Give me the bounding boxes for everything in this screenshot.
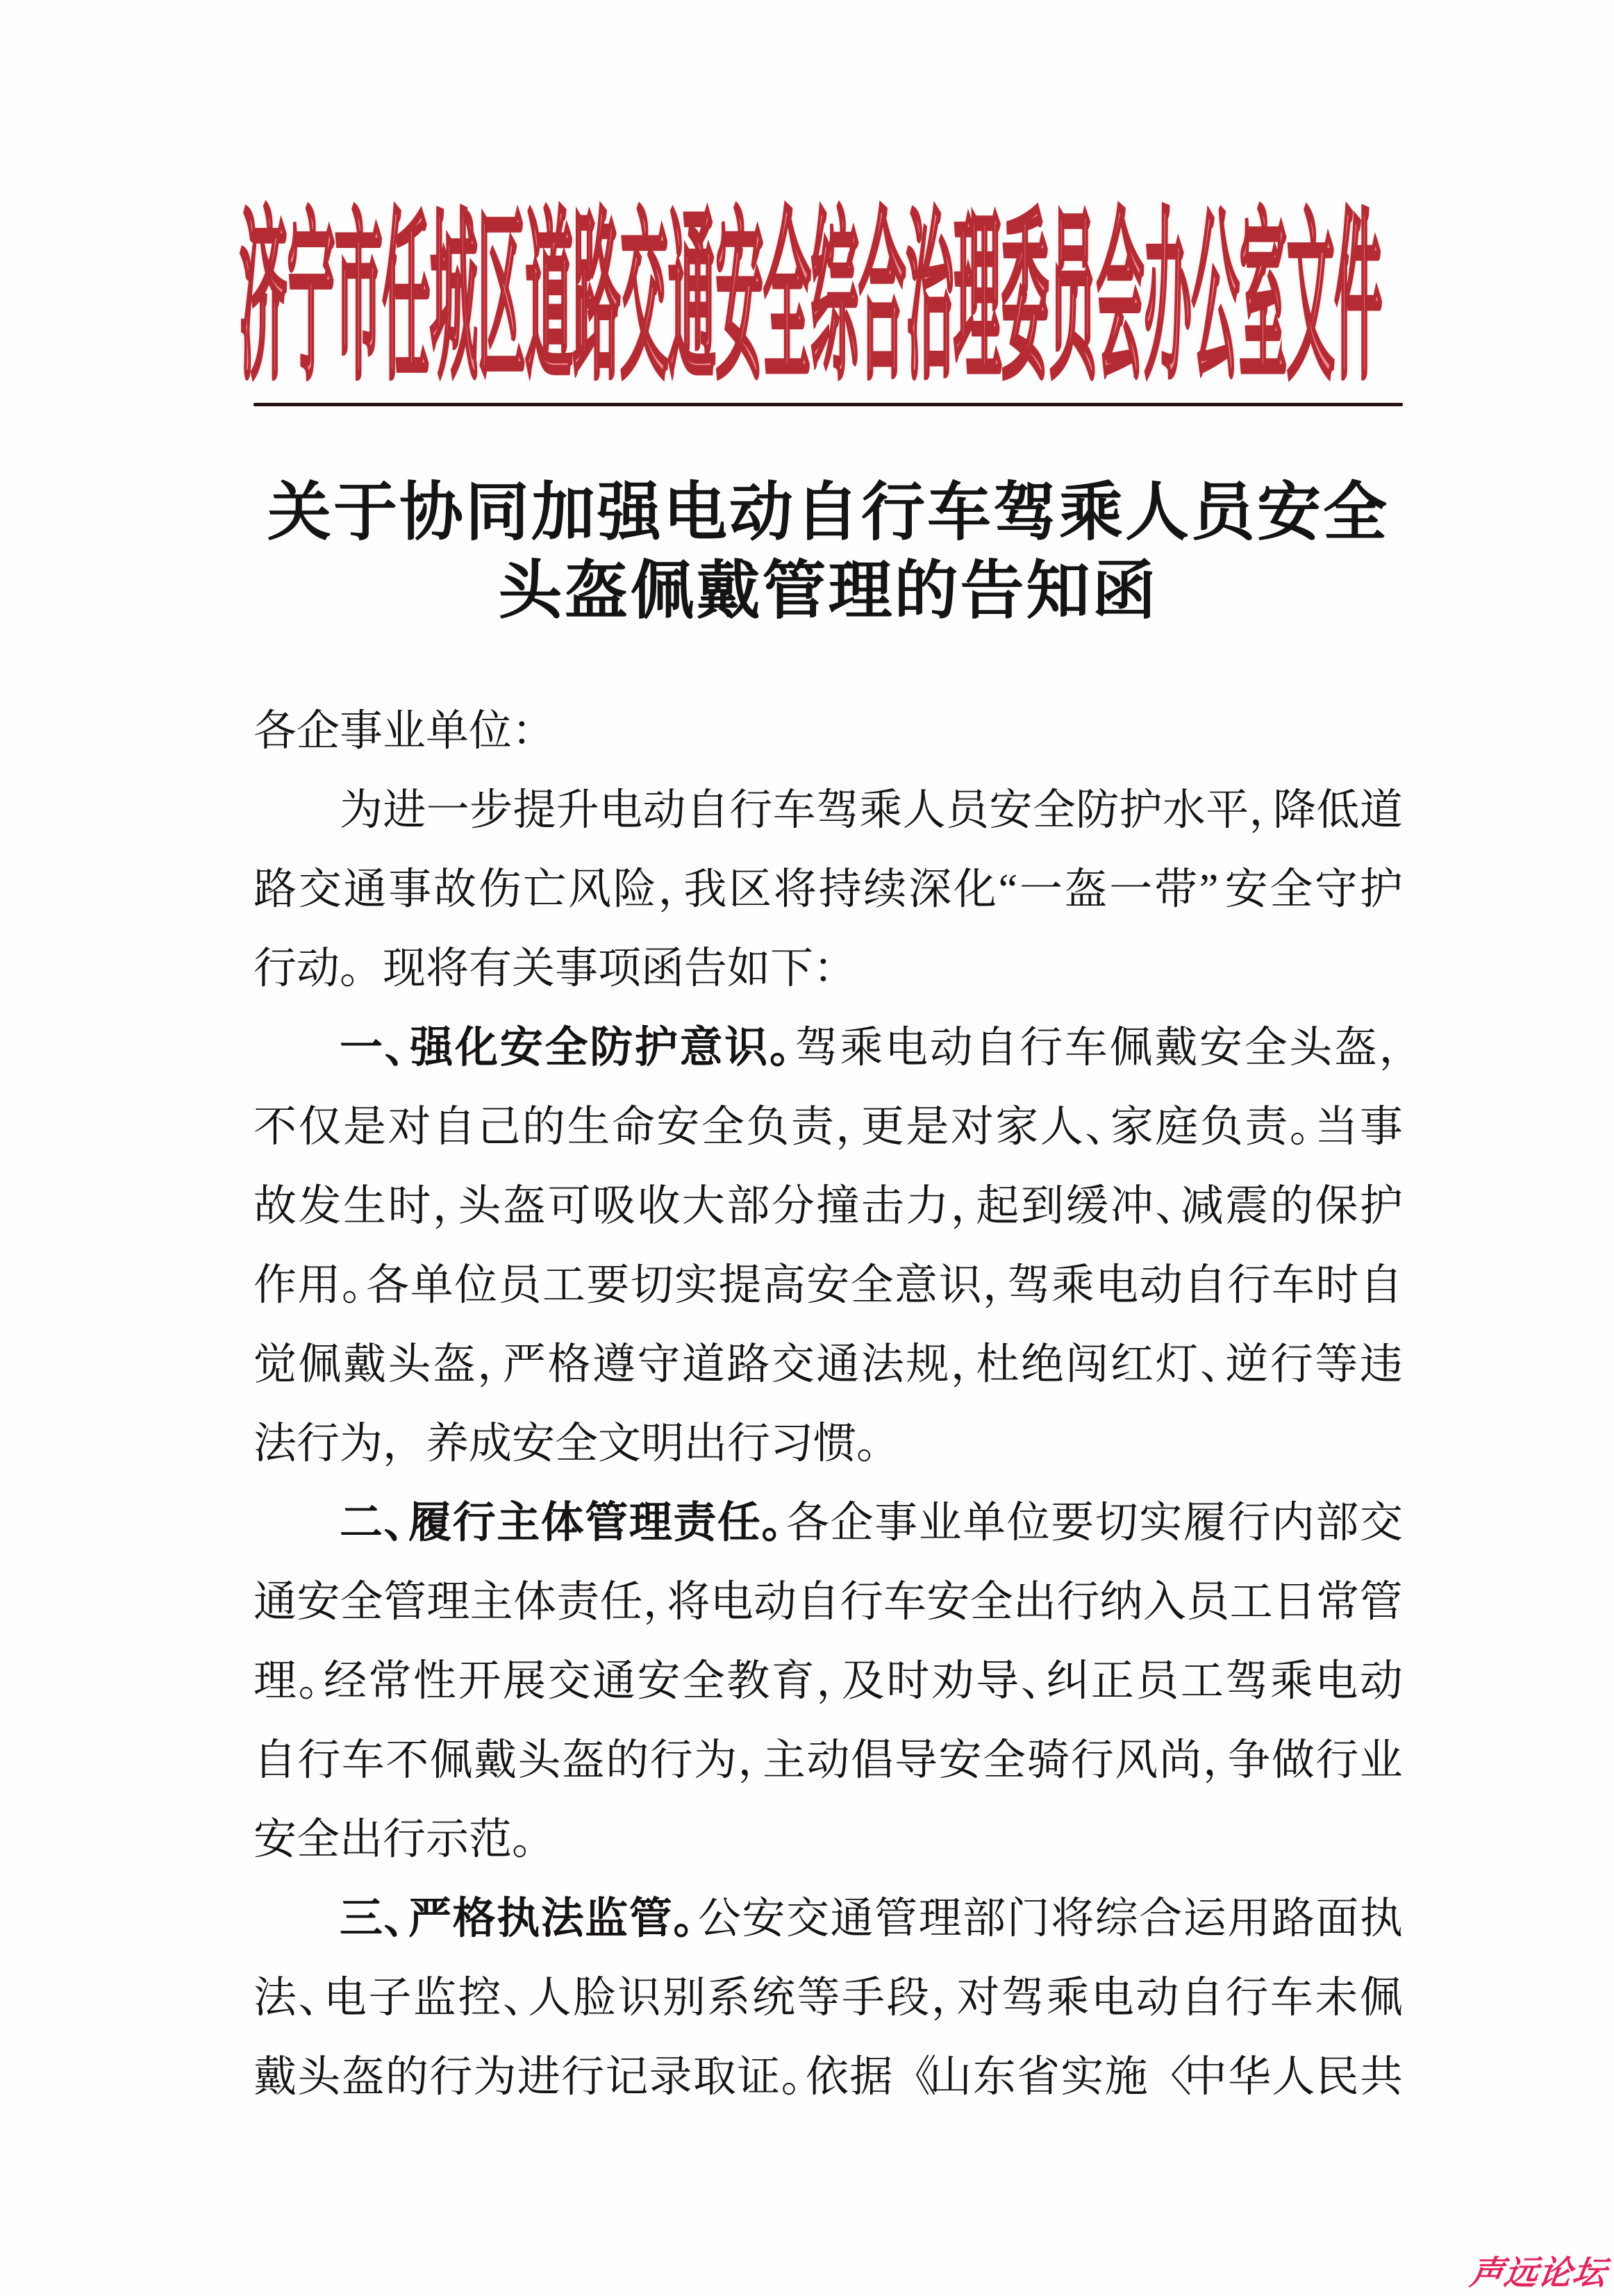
body-line: 二、履行主体管理责任。各企事业单位要切实履行内部交 <box>253 1483 1403 1563</box>
body-line: 行动。现将有关事项函告如下： <box>253 929 1403 1008</box>
document-body: 各企事业单位：为进一步提升电动自行车驾乘人员安全防护水平，降低道路交通事故伤亡风… <box>253 692 1403 2117</box>
red-header-banner: 济宁市任城区道路交通安全综合治理委员会办公室文件 <box>240 208 1382 391</box>
body-line: 通安全管理主体责任，将电动自行车安全出行纳入员工日常管 <box>253 1563 1403 1642</box>
forum-watermark-logo: 声远论坛 <box>1468 2257 1609 2290</box>
document-page: 济宁市任城区道路交通安全综合治理委员会办公室文件 关于协同加强电动自行车驾乘人员… <box>0 0 1614 2296</box>
body-line: 戴头盔的行为进行记录取证。依据《山东省实施〈中华人民共 <box>253 2038 1403 2117</box>
body-line: 为进一步提升电动自行车驾乘人员安全防护水平，降低道 <box>253 771 1403 850</box>
body-line: 路交通事故伤亡风险，我区将持续深化“一盔一带”安全守护 <box>253 850 1403 929</box>
body-line: 一、强化安全防护意识。驾乘电动自行车佩戴安全头盔， <box>253 1008 1403 1088</box>
body-line: 故发生时，头盔可吸收大部分撞击力，起到缓冲、减震的保护 <box>253 1167 1403 1246</box>
body-line: 法、电子监控、人脸识别系统等手段，对驾乘电动自行车未佩 <box>253 1958 1403 2038</box>
body-line: 理。经常性开展交通安全教育，及时劝导、纠正员工驾乘电动 <box>253 1642 1403 1721</box>
body-line: 各企事业单位： <box>253 692 1403 771</box>
body-line: 不仅是对自己的生命安全负责，更是对家人、家庭负责。当事 <box>253 1088 1403 1167</box>
document-title: 关于协同加强电动自行车驾乘人员安全 头盔佩戴管理的告知函 <box>253 474 1403 631</box>
body-line: 作用。各单位员工要切实提高安全意识，驾乘电动自行车时自 <box>253 1246 1403 1325</box>
body-line: 三、严格执法监管。公安交通管理部门将综合运用路面执 <box>253 1879 1403 1958</box>
title-line-2: 头盔佩戴管理的告知函 <box>253 552 1403 631</box>
body-line: 自行车不佩戴头盔的行为，主动倡导安全骑行风尚，争做行业 <box>253 1721 1403 1800</box>
header-separator-line <box>253 403 1403 406</box>
document-content-area: 济宁市任城区道路交通安全综合治理委员会办公室文件 关于协同加强电动自行车驾乘人员… <box>253 0 1403 2296</box>
body-line: 安全出行示范。 <box>253 1800 1403 1879</box>
title-line-1: 关于协同加强电动自行车驾乘人员安全 <box>253 474 1403 552</box>
body-line: 法行为，养成安全文明出行习惯。 <box>253 1404 1403 1483</box>
body-line: 觉佩戴头盔，严格遵守道路交通法规，杜绝闯红灯、逆行等违 <box>253 1325 1403 1404</box>
